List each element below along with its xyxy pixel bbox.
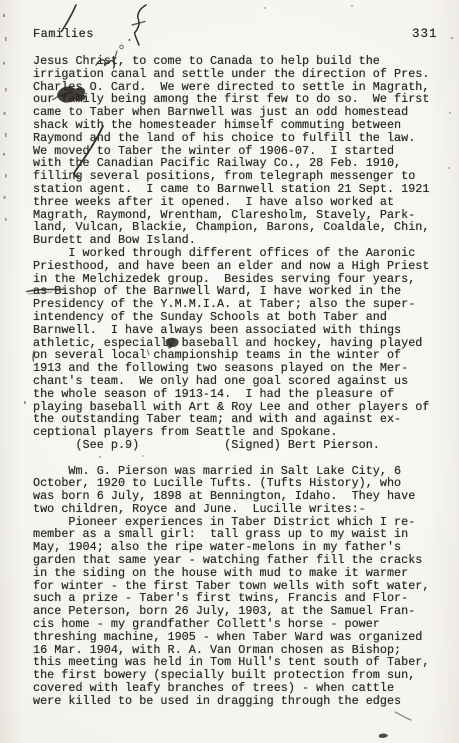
text-line: I worked through different offices of th… — [33, 247, 451, 260]
text-line: (See p.9) (Signed) Bert Pierson. — [33, 439, 451, 452]
text-line: shack with the homesteader himself commu… — [33, 119, 451, 132]
text-line: the whole season of 1913-14. I had the p… — [33, 388, 451, 401]
degree-mark — [120, 45, 124, 49]
scanned-page: Families 331 Jesus Christ, to come to Ca… — [0, 0, 459, 743]
handwritten-check-icon — [135, 5, 147, 45]
page-number: 331 — [412, 27, 438, 41]
text-line: in the siding on the house with mud to m… — [33, 567, 451, 580]
handwritten-check-flag — [132, 22, 145, 26]
text-line: irrigation canal and settle under the di… — [33, 68, 451, 81]
text-line: Jesus Christ, to come to Canada to help … — [33, 55, 451, 68]
text-line: was born 6 July, 1898 at Bennington, Ida… — [33, 490, 451, 503]
ink-dot — [128, 39, 130, 41]
text-line: garden that same year - watching father … — [33, 554, 451, 567]
bottom-right-dash — [395, 712, 411, 720]
text-line: Raymond and the land of his choice to fu… — [33, 132, 451, 145]
page-header-title: Families — [33, 27, 94, 41]
text-line: intendency of the Sunday Schools at both… — [33, 311, 451, 324]
text-line: three weeks after it opened. I have also… — [33, 196, 451, 209]
text-line: 1913 and the following two seasons playe… — [33, 362, 451, 375]
text-line: ceptional players from Seattle and Spoka… — [33, 426, 451, 439]
text-line: Barnwell. I have always been associated … — [33, 324, 451, 337]
text-line — [33, 452, 451, 465]
text-line: station agent. I came to Barnwell statio… — [33, 183, 451, 196]
typewritten-text-block: Jesus Christ, to come to Canada to help … — [33, 55, 451, 708]
text-line: chant's team. We only had one goal score… — [33, 375, 451, 388]
text-line: Priesthood, and have been an elder and n… — [33, 260, 451, 273]
text-line: two children, Royce and June. Lucille wr… — [33, 503, 451, 516]
bottom-right-blob — [379, 734, 388, 738]
text-line: covered with leafy branches of trees) - … — [33, 682, 451, 695]
text-line: cis home - my grandfather Collett's hors… — [33, 618, 451, 631]
text-line: threshing machine, 1905 - when Taber War… — [33, 631, 451, 644]
text-line: were killed to be used in dragging throu… — [33, 695, 451, 708]
margin-specks — [3, 14, 26, 404]
